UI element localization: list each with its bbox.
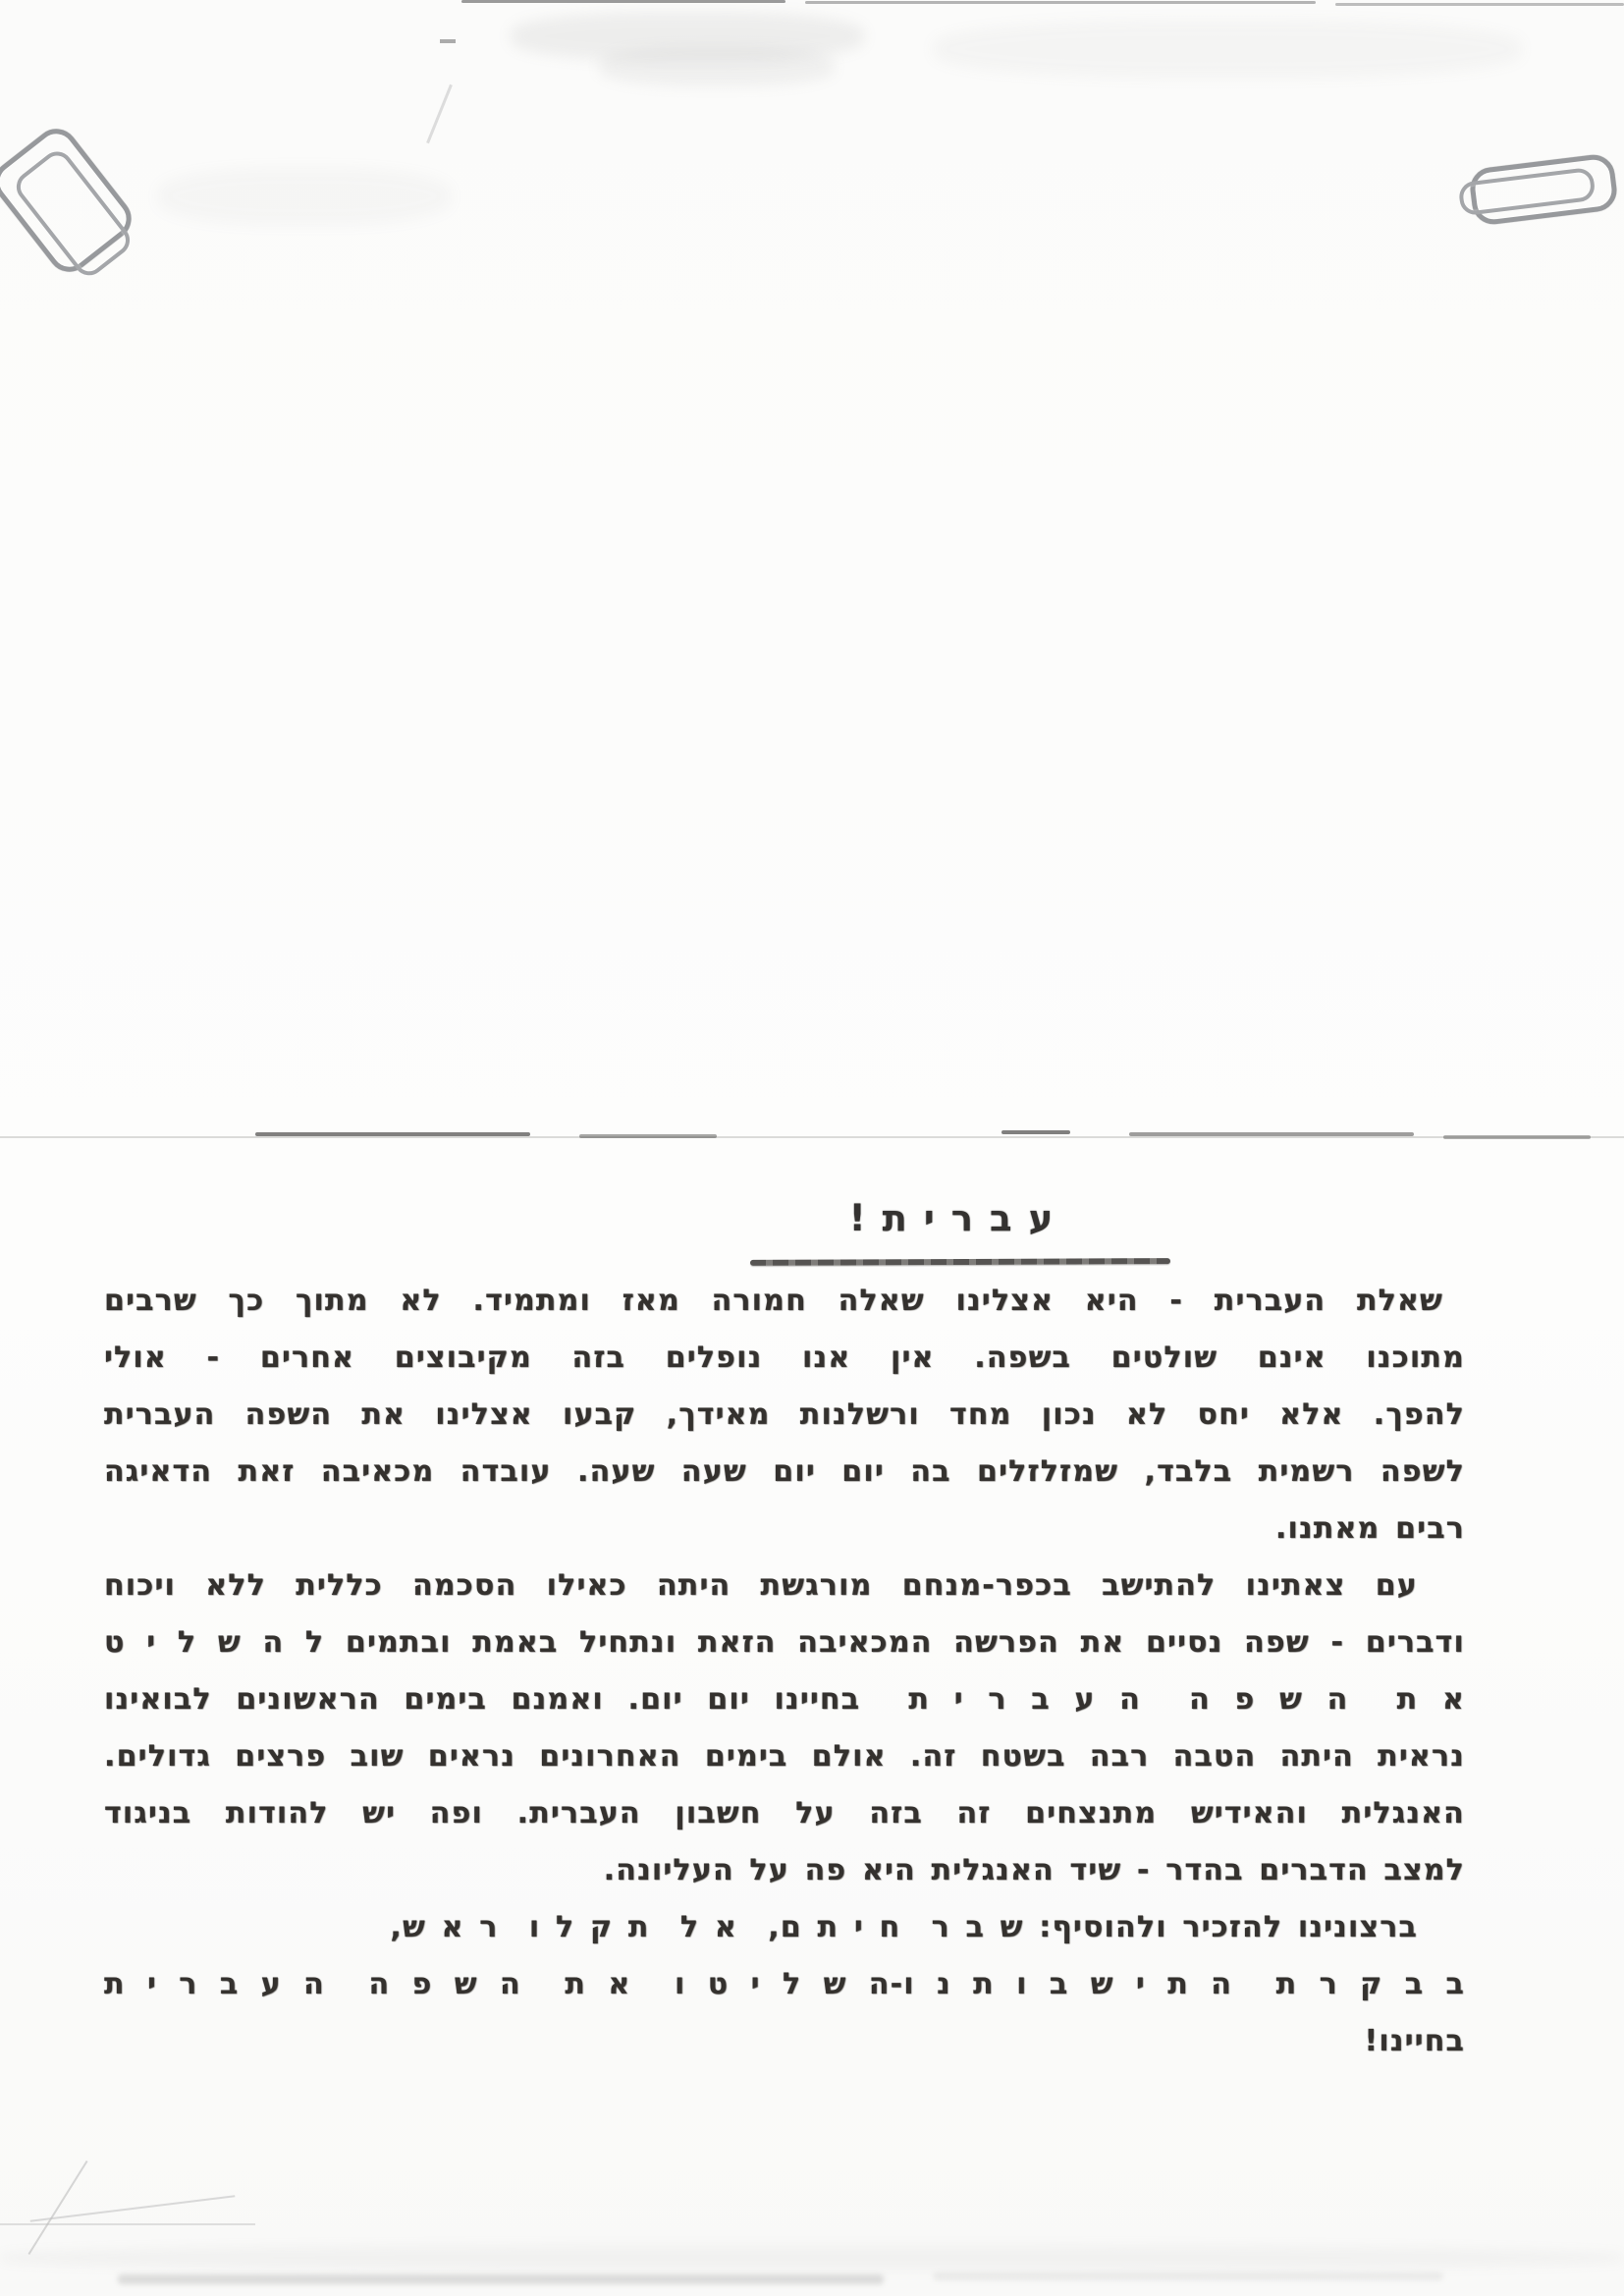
- text-line: מתוכנו אינם שולטים בשפה. אין אנו נופלים …: [104, 1330, 1465, 1387]
- scan-seam-mark: [579, 1134, 717, 1138]
- document-body: שאלת העברית - היא אצלינו שאלה חמורה מאז …: [104, 1273, 1465, 2070]
- scanned-page: עברית! שאלת העברית - היא אצלינו שאלה חמו…: [0, 0, 1624, 2296]
- bottom-smudge: [118, 2274, 884, 2284]
- text-line: שאלת העברית - היא אצלינו שאלה חמורה מאז …: [104, 1273, 1465, 1330]
- fold-crease: [426, 84, 453, 143]
- bottom-smudge: [0, 2245, 1624, 2270]
- scan-seam-mark: [255, 1132, 530, 1136]
- fold-crease: [27, 2160, 87, 2255]
- scan-seam-mark: [1129, 1132, 1414, 1136]
- text-line: להפך. אלא יחס לא נכון מחד ורשלנות מאידך,…: [104, 1387, 1465, 1444]
- text-line: למצב הדברים בהדר - שיד האנגלית היא פה על…: [104, 1842, 1465, 1899]
- text-line: האנגלית והאידיש מתנצחים זה בזה על חשבון …: [104, 1785, 1465, 1842]
- text-line: עם צאתינו להתישב בכפר-מנחם מורגשת היתה כ…: [104, 1558, 1465, 1614]
- paperclip-left-icon: [0, 120, 139, 280]
- bleed-through-smudge: [157, 167, 452, 226]
- bleed-through-smudge: [599, 47, 835, 86]
- scan-edge-mark: [805, 1, 1316, 4]
- fold-crease: [440, 39, 456, 43]
- scan-seam-mark: [1001, 1130, 1070, 1134]
- text-line: ודברים - שפה נסיים את הפרשה המכאיבה הזאת…: [104, 1614, 1465, 1671]
- scan-edge-mark: [1335, 3, 1624, 6]
- text-line: נראית היתה הטבה רבה בשטח זה. אולם בימים …: [104, 1728, 1465, 1785]
- paperclip-right-icon: [1468, 152, 1619, 227]
- bottom-smudge: [933, 2272, 1443, 2280]
- page-title: עברית!: [738, 1197, 1180, 1239]
- text-line: א ת ה ש פ ה ה ע ב ר י ת בחיינו יום יום. …: [104, 1671, 1465, 1728]
- text-line: רבים מאתנו.: [104, 1501, 1465, 1558]
- scan-seam: [0, 1136, 1624, 1138]
- bleed-through-smudge: [933, 20, 1522, 79]
- text-line: בחיינו!: [104, 2013, 1465, 2070]
- text-line: לשפה רשמית בלבד, שמזלזלים בה יום יום שעה…: [104, 1444, 1465, 1501]
- text-line: ברצונינו להזכיר ולהוסיף: ש ב ר ח י ת ם, …: [104, 1899, 1465, 1956]
- scan-seam-mark: [1443, 1135, 1591, 1139]
- fold-crease: [0, 2223, 255, 2225]
- scan-edge-mark: [461, 0, 785, 3]
- text-line: ב ב ק ר ת ה ת י ש ב ו ת נ ו-ה ש ל י ט ו …: [104, 1956, 1465, 2013]
- title-underline: [750, 1258, 1170, 1266]
